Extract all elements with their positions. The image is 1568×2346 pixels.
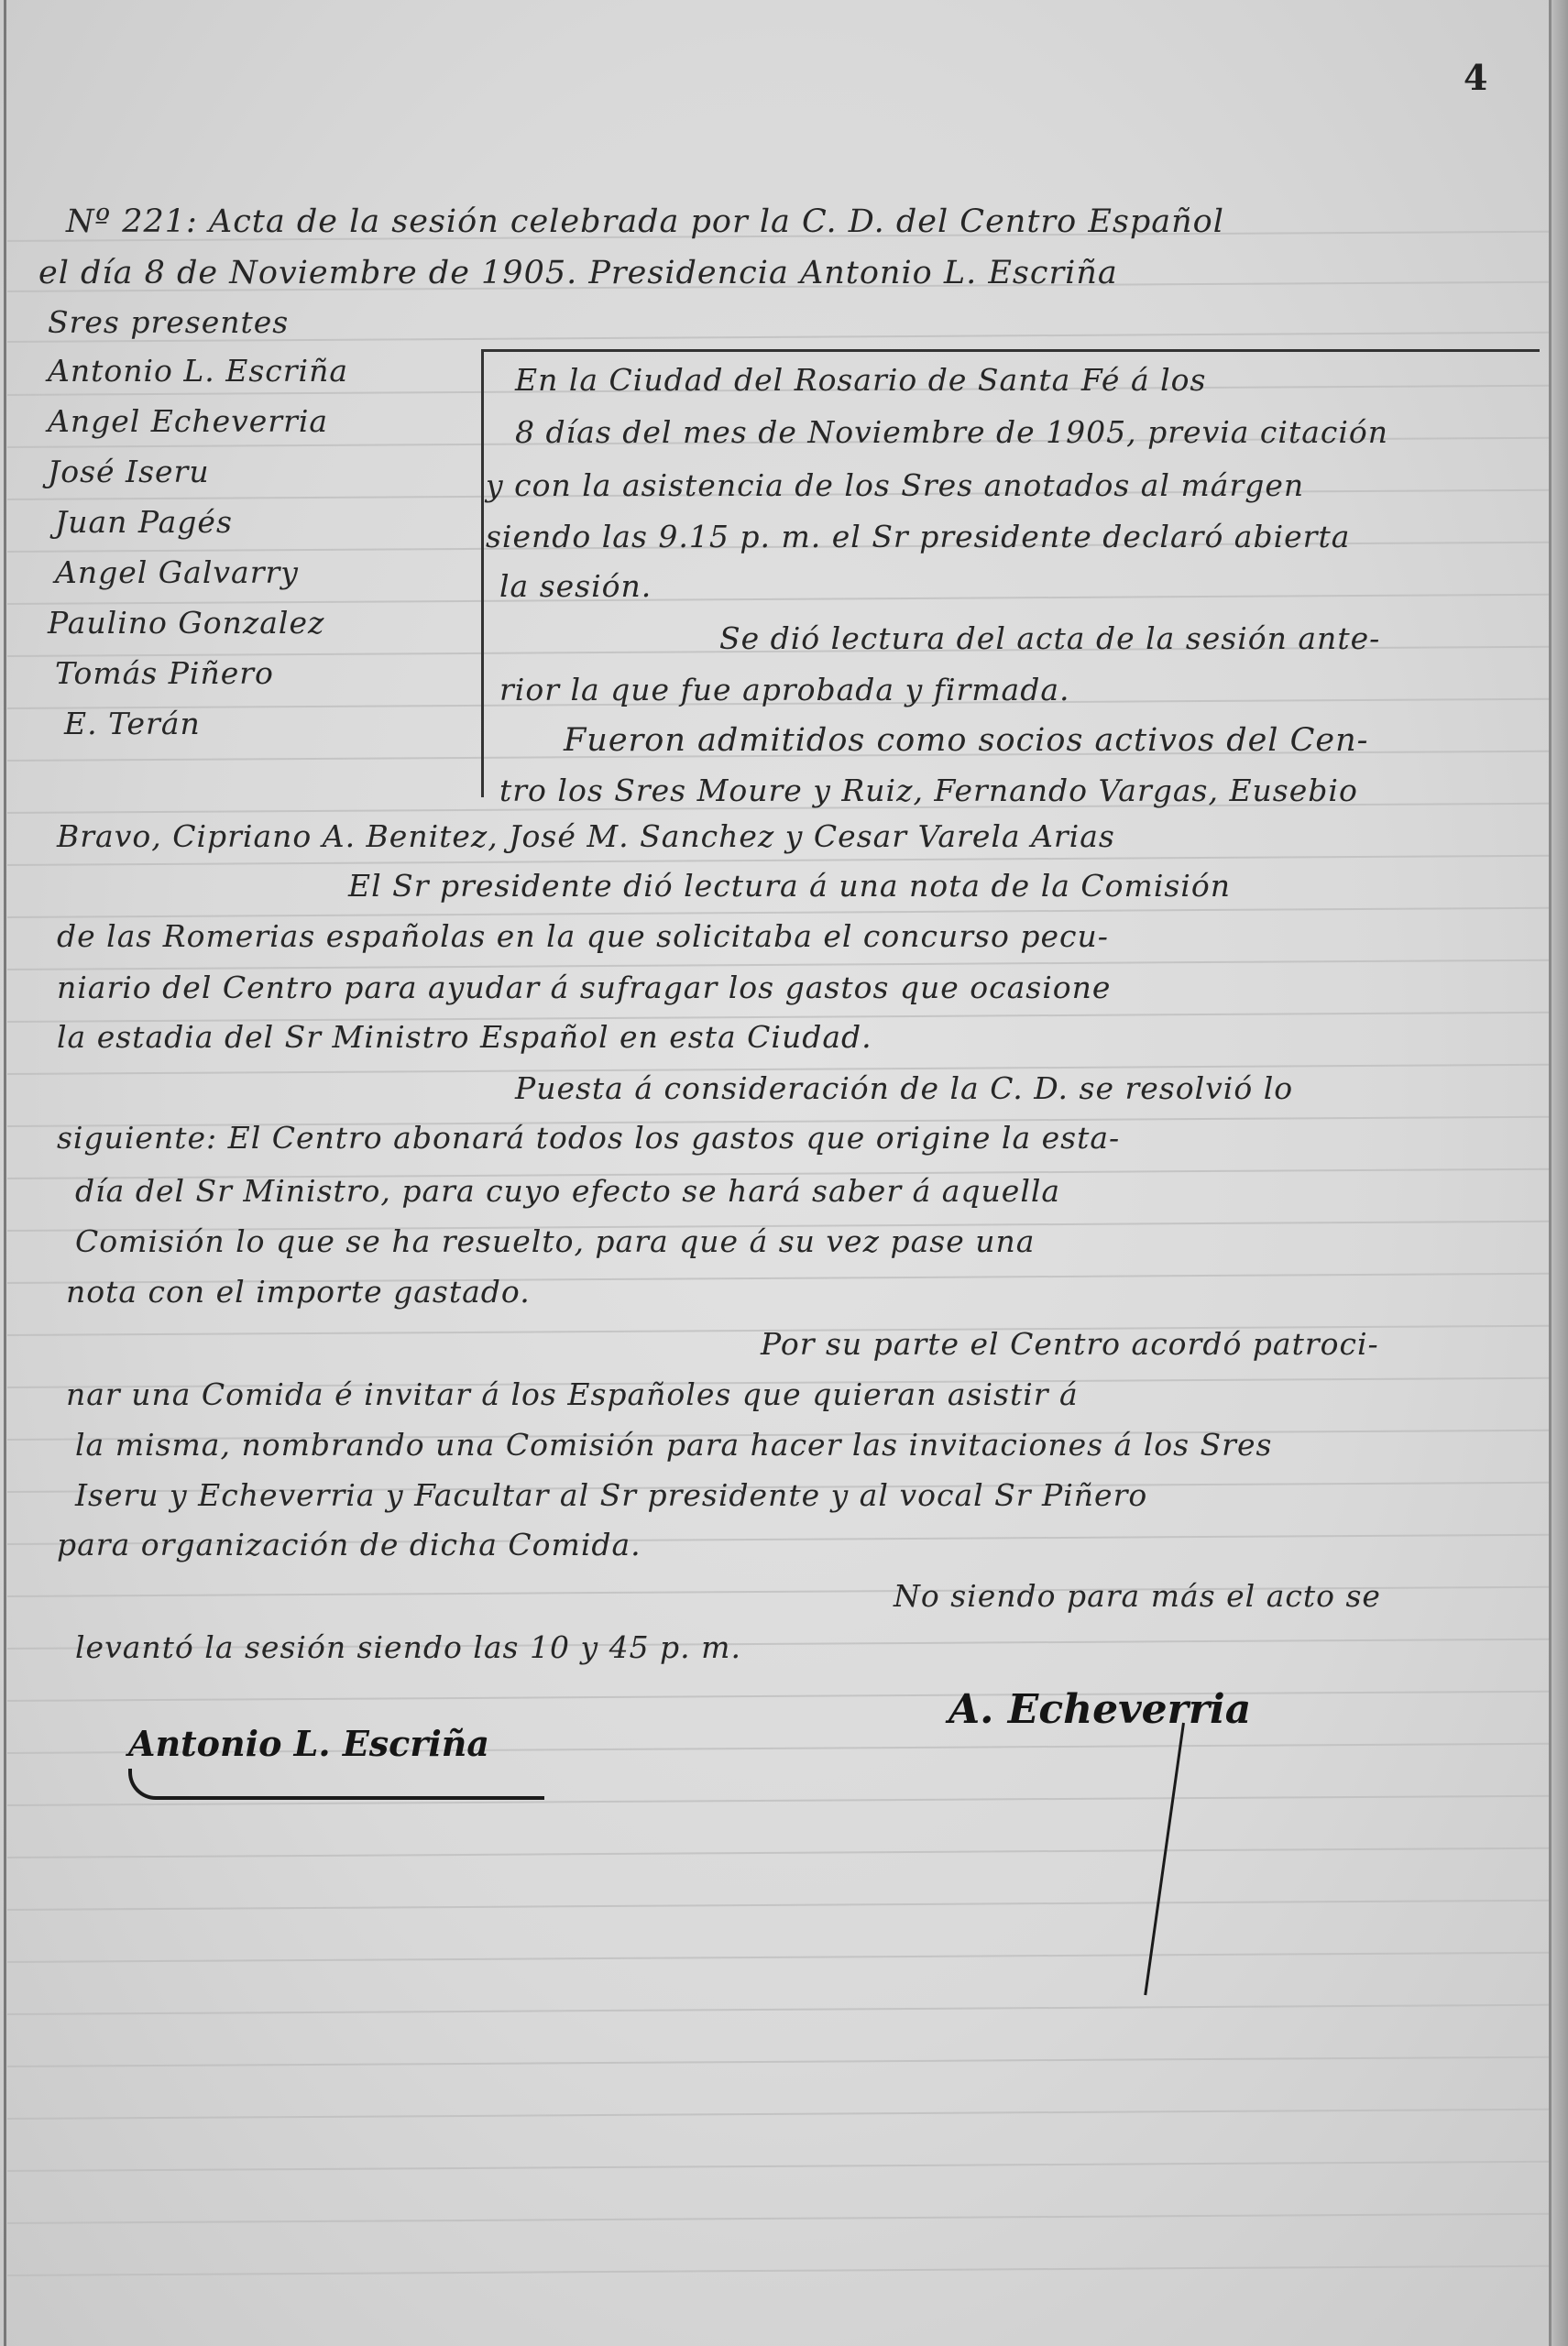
body-line: Bravo, Cipriano A. Benitez, José M. Sanc… — [57, 818, 1115, 854]
attendee-name: E. Terán — [64, 706, 365, 756]
body-line: Iseru y Echeverria y Facultar al Sr pres… — [75, 1477, 1147, 1513]
attendee-name: Angel Galvarry — [55, 554, 356, 605]
body-line: para organización de dicha Comida. — [57, 1527, 641, 1562]
attendee-name: Angel Echeverria — [48, 403, 348, 454]
ruled-line — [7, 2056, 1549, 2067]
page-left-edge — [4, 0, 6, 2346]
body-line: levantó la sesión siendo las 10 y 45 p. … — [75, 1629, 741, 1665]
body-line: la misma, nombrando una Comisión para ha… — [75, 1427, 1272, 1463]
body-line: y con la asistencia de los Sres anotados… — [486, 467, 1304, 503]
attendee-name: Antonio L. Escriña — [48, 353, 348, 403]
body-line: Por su parte el Centro acordó patroci- — [761, 1326, 1379, 1362]
attendees-label: Sres presentes — [48, 304, 289, 340]
minutes-title-line-1: Nº 221: Acta de la sesión celebrada por … — [66, 203, 1224, 240]
ruled-line — [7, 907, 1549, 918]
body-line: rior la que fue aprobada y firmada. — [499, 672, 1070, 707]
body-line: En la Ciudad del Rosario de Santa Fé á l… — [515, 362, 1206, 398]
attendee-list: Antonio L. Escriña Angel Echeverria José… — [48, 353, 348, 756]
attendee-name: Juan Pagés — [55, 504, 356, 554]
ruled-line — [7, 1847, 1549, 1858]
ruled-line — [7, 2004, 1549, 2015]
body-line: nar una Comida é invitar á los Españoles… — [66, 1376, 1079, 1412]
signature-secretary: A. Echeverria — [948, 1686, 1251, 1733]
attendee-name: Paulino Gonzalez — [48, 605, 348, 655]
body-line: Fueron admitidos como socios activos del… — [564, 722, 1369, 759]
ruled-line — [7, 1691, 1549, 1702]
body-line: tro los Sres Moure y Ruiz, Fernando Varg… — [499, 773, 1358, 808]
body-line: Se dió lectura del acta de la sesión ant… — [719, 620, 1380, 656]
body-line: siendo las 9.15 p. m. el Sr presidente d… — [486, 519, 1350, 554]
ruled-line — [7, 1952, 1549, 1963]
body-line: día del Sr Ministro, para cuyo efecto se… — [75, 1173, 1060, 1209]
signature-flourish — [128, 1769, 544, 1800]
signature-president: Antonio L. Escriña — [128, 1723, 489, 1764]
ruled-line — [7, 2265, 1549, 2276]
ruled-line — [7, 2213, 1549, 2224]
ledger-page: 4 Nº 221: Acta de la sesión celebrada po… — [0, 0, 1568, 2346]
ruled-line — [7, 1900, 1549, 1911]
attendee-name: José Iseru — [48, 454, 348, 504]
body-line: de las Romerias españolas en la que soli… — [57, 918, 1109, 954]
adjacent-page-margin — [1552, 0, 1568, 2346]
body-line: siguiente: El Centro abonará todos los g… — [57, 1120, 1120, 1156]
body-line: El Sr presidente dió lectura á una nota … — [348, 868, 1231, 904]
ruled-line — [7, 2161, 1549, 2172]
body-line: Comisión lo que se ha resuelto, para que… — [75, 1223, 1035, 1259]
body-line: la estadia del Sr Ministro Español en es… — [57, 1019, 872, 1055]
page-number: 4 — [1464, 57, 1487, 98]
attendee-name: Tomás Piñero — [55, 655, 356, 706]
body-line: niario del Centro para ayudar á sufragar… — [57, 970, 1111, 1005]
body-line: No siendo para más el acto se — [894, 1578, 1381, 1614]
body-line: 8 días del mes de Noviembre de 1905, pre… — [515, 414, 1388, 450]
body-line: la sesión. — [499, 568, 652, 604]
minutes-title-line-2: el día 8 de Noviembre de 1905. Presidenc… — [38, 255, 1118, 291]
ruled-line — [7, 855, 1549, 866]
ruled-line — [7, 2109, 1549, 2120]
body-line: Puesta á consideración de la C. D. se re… — [515, 1070, 1293, 1106]
body-line: nota con el importe gastado. — [66, 1274, 531, 1310]
